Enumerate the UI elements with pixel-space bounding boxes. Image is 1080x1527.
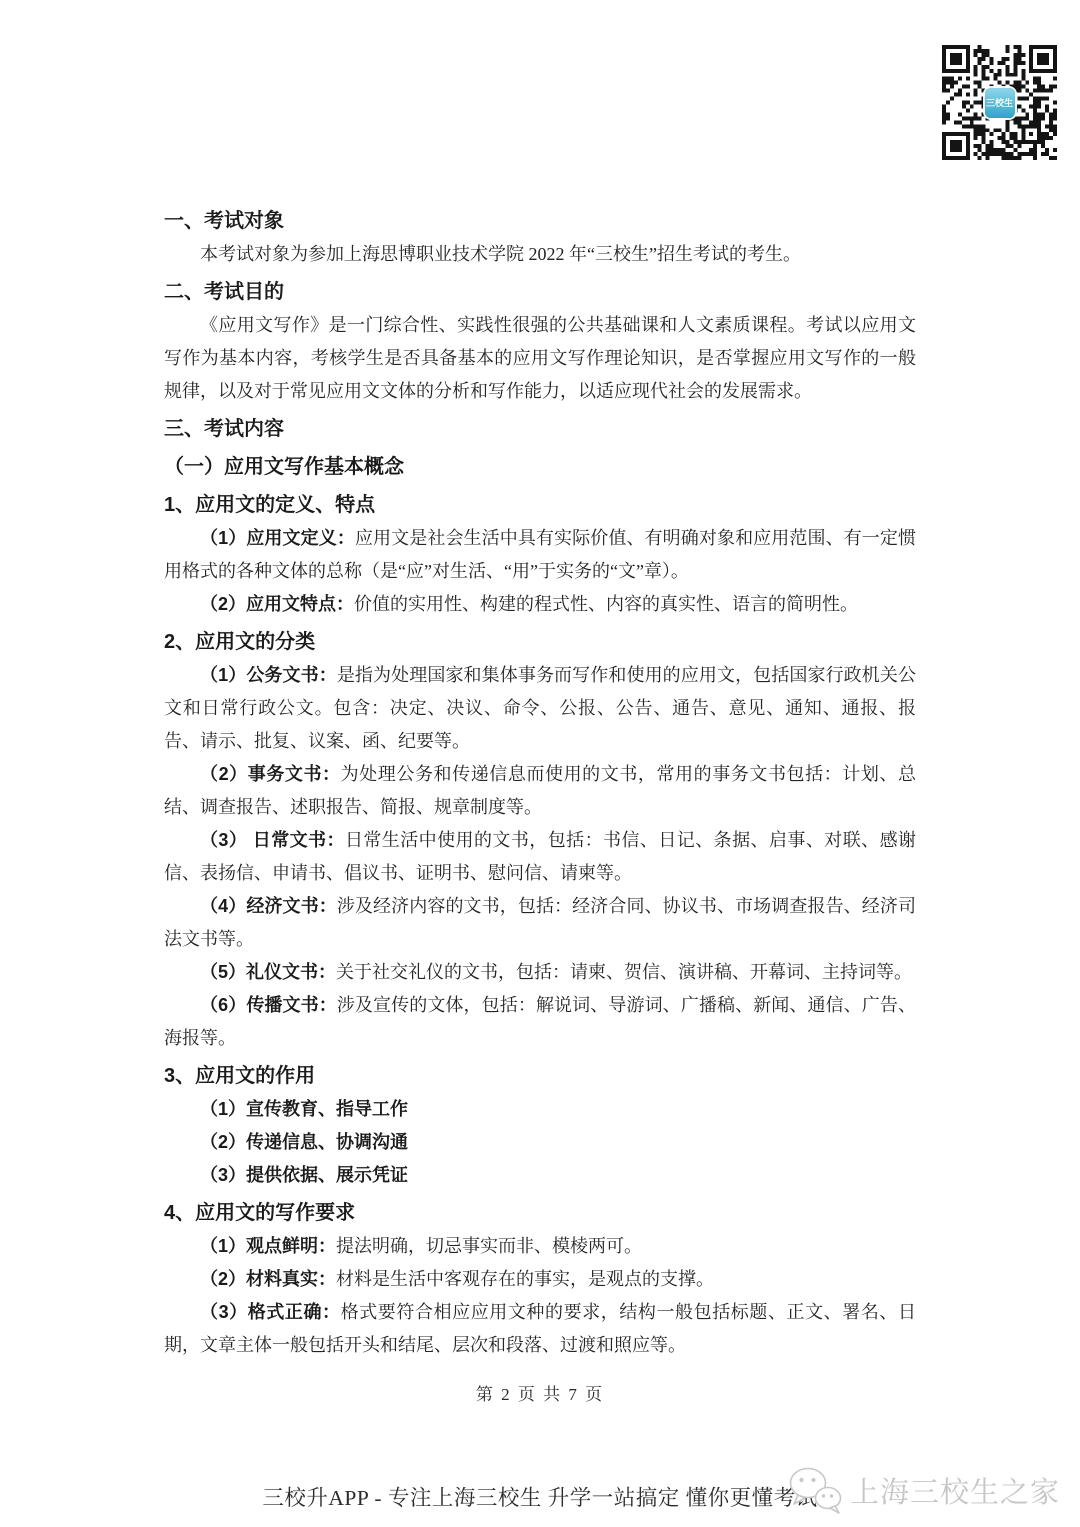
paragraph: （3） 日常文书：日常生活中使用的文书，包括：书信、日记、条据、启事、对联、感谢… bbox=[164, 824, 916, 890]
list-item: （1）宣传教育、指导工作 bbox=[164, 1093, 916, 1126]
paragraph: （1）公务文书：是指为处理国家和集体事务而写作和使用的应用文，包括国家行政机关公… bbox=[164, 659, 916, 758]
paragraph: （5）礼仪文书：关于社交礼仪的文书，包括：请柬、贺信、演讲稿、开幕词、主持词等。 bbox=[164, 956, 916, 989]
paragraph-lead: （3）格式正确： bbox=[200, 1302, 341, 1322]
document-body: 一、考试对象 本考试对象为参加上海思博职业技术学院 2022 年“三校生”招生考… bbox=[164, 0, 916, 1405]
wechat-icon bbox=[786, 1464, 844, 1516]
paragraph: （1）应用文定义：应用文是社会生活中具有实际价值、有明确对象和应用范围、有一定惯… bbox=[164, 522, 916, 588]
paragraph-lead: （1）观点鲜明： bbox=[200, 1236, 336, 1256]
paragraph: 本考试对象为参加上海思博职业技术学院 2022 年“三校生”招生考试的考生。 bbox=[164, 238, 916, 271]
list-item: （3）提供依据、展示凭证 bbox=[164, 1159, 916, 1192]
paragraph-lead: （1）公务文书： bbox=[200, 665, 337, 685]
sub-heading: （一）应用文写作基本概念 bbox=[164, 451, 916, 484]
sub-heading: 1、应用文的定义、特点 bbox=[164, 489, 916, 522]
watermark: 上海三校生之家 bbox=[786, 1464, 1060, 1516]
paragraph-text: 提法明确，切忌事实而非、模棱两可。 bbox=[336, 1236, 642, 1256]
sub-heading: 3、应用文的作用 bbox=[164, 1060, 916, 1093]
paragraph-lead: （6）传播文书： bbox=[200, 995, 337, 1015]
paragraph: （1）观点鲜明：提法明确，切忌事实而非、模棱两可。 bbox=[164, 1230, 916, 1263]
qr-code: 三校生 bbox=[936, 39, 1063, 166]
paragraph-lead: （2）事务文书： bbox=[200, 764, 341, 784]
sub-heading: 4、应用文的写作要求 bbox=[164, 1197, 916, 1230]
paragraph-text: 关于社交礼仪的文书，包括：请柬、贺信、演讲稿、开幕词、主持词等。 bbox=[336, 962, 912, 982]
paragraph-lead: （3） 日常文书： bbox=[200, 830, 345, 850]
paragraph: （2）事务文书：为处理公务和传递信息而使用的文书，常用的事务文书包括：计划、总结… bbox=[164, 758, 916, 824]
qr-logo: 三校生 bbox=[985, 88, 1015, 118]
paragraph: （2）应用文特点：价值的实用性、构建的程式性、内容的真实性、语言的简明性。 bbox=[164, 588, 916, 621]
paragraph: 《应用文写作》是一门综合性、实践性很强的公共基础课和人文素质课程。考试以应用文写… bbox=[164, 309, 916, 408]
list-item: （2）传递信息、协调沟通 bbox=[164, 1126, 916, 1159]
sub-heading: 2、应用文的分类 bbox=[164, 626, 916, 659]
paragraph-text: 材料是生活中客观存在的事实，是观点的支撑。 bbox=[336, 1269, 714, 1289]
paragraph-lead: （2）材料真实： bbox=[200, 1269, 336, 1289]
paragraph-text: 价值的实用性、构建的程式性、内容的真实性、语言的简明性。 bbox=[354, 594, 858, 614]
qr-logo-text: 三校生 bbox=[986, 96, 1013, 109]
paragraph-lead: （4）经济文书： bbox=[200, 896, 337, 916]
page-number: 第 2 页 共 7 页 bbox=[164, 1380, 916, 1405]
section-heading: 二、考试目的 bbox=[164, 276, 916, 309]
watermark-text: 上海三校生之家 bbox=[850, 1470, 1060, 1511]
paragraph: （4）经济文书：涉及经济内容的文书，包括：经济合同、协议书、市场调查报告、经济司… bbox=[164, 890, 916, 956]
section-heading: 三、考试内容 bbox=[164, 413, 916, 446]
paragraph-lead: （2）应用文特点： bbox=[200, 594, 354, 614]
paragraph: （6）传播文书：涉及宣传的文体，包括：解说词、导游词、广播稿、新闻、通信、广告、… bbox=[164, 989, 916, 1055]
paragraph-lead: （1）应用文定义： bbox=[200, 528, 355, 548]
section-heading: 一、考试对象 bbox=[164, 205, 916, 238]
paragraph-lead: （5）礼仪文书： bbox=[200, 962, 336, 982]
paragraph: （2）材料真实：材料是生活中客观存在的事实，是观点的支撑。 bbox=[164, 1263, 916, 1296]
paragraph: （3）格式正确：格式要符合相应应用文种的要求，结构一般包括标题、正文、署名、日期… bbox=[164, 1296, 916, 1362]
